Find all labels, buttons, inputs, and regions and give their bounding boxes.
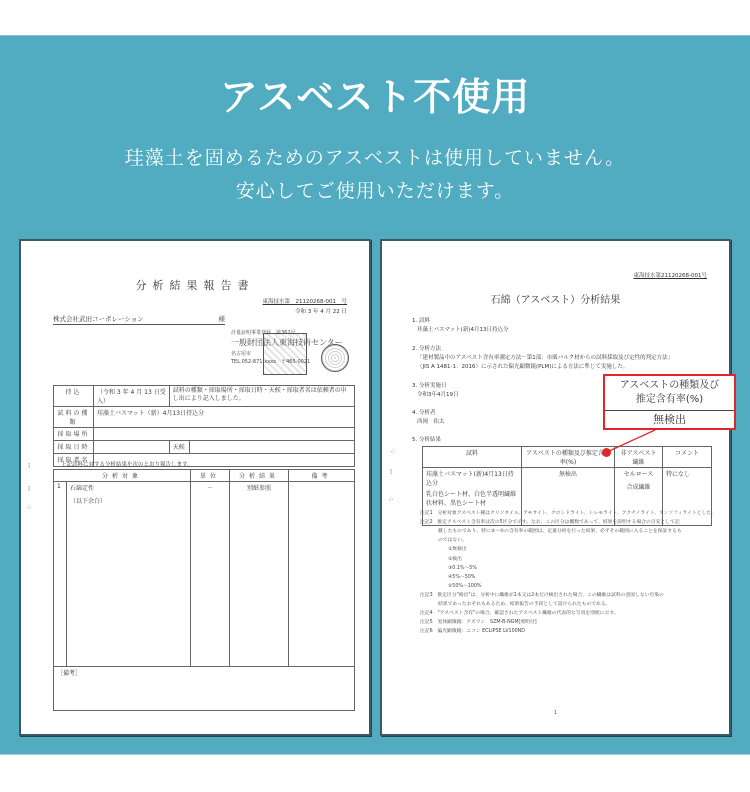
callout-heading: アスベストの種類及び 推定含有率(%) xyxy=(605,376,734,411)
highlight-callout-box: アスベストの種類及び 推定含有率(%) 無検出 xyxy=(603,374,736,430)
callout-value: 無検出 xyxy=(605,411,734,429)
callout-anchor-dot-icon xyxy=(602,448,611,457)
